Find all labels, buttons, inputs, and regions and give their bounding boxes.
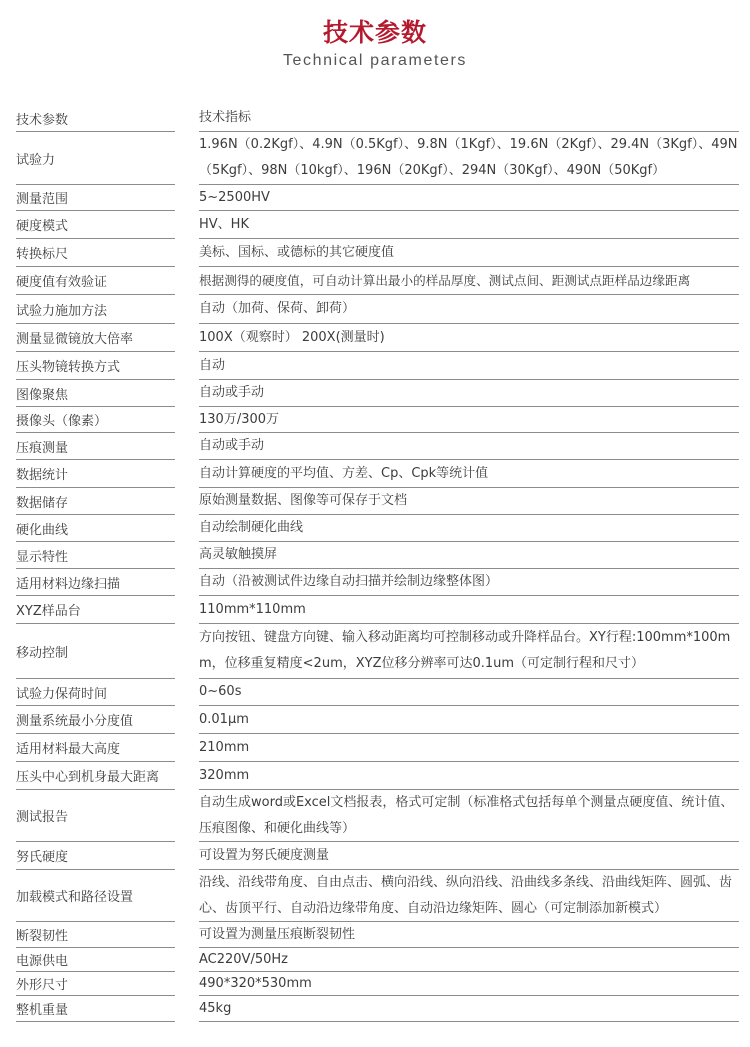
param-value: AC220V/50Hz <box>199 947 739 973</box>
param-label: 压头物镜转换方式 <box>16 356 120 375</box>
param-label: 测量系统最小分度值 <box>16 710 133 729</box>
param-label: 显示特性 <box>16 546 68 565</box>
param-label: 努氏硬度 <box>16 846 68 865</box>
table-row: 硬度模式 HV、HK <box>0 211 750 239</box>
table-row: 适用材料最大高度 210mm <box>0 734 750 762</box>
param-value: 可设置为努氏硬度测量 <box>199 843 739 869</box>
param-value: 130万/300万 <box>199 407 739 433</box>
table-row: 移动控制 方向按钮、键盘方向键、输入移动距离均可控制移动或升降样品台。XY行程:… <box>0 624 750 679</box>
param-label: XYZ样品台 <box>16 600 81 619</box>
param-label: 压头中心到机身最大距离 <box>16 766 159 785</box>
table-row: 数据统计 自动计算硬度的平均值、方差、Cp、Cpk等统计值 <box>0 460 750 488</box>
param-value: 原始测量数据、图像等可保存于文档 <box>199 488 739 514</box>
param-label: 硬度值有效验证 <box>16 271 107 290</box>
param-value: 45kg <box>199 996 739 1022</box>
param-value: 可设置为测量压痕断裂韧性 <box>199 922 739 948</box>
table-row: 数据储存 原始测量数据、图像等可保存于文档 <box>0 488 750 515</box>
param-label: 压痕测量 <box>16 437 68 456</box>
param-label: 测量范围 <box>16 188 68 207</box>
param-value: HV、HK <box>199 212 739 238</box>
table-row: 测试报告 自动生成word或Excel文档报表，格式可定制（标准格式包括每单个测… <box>0 790 750 842</box>
param-label: 数据储存 <box>16 492 68 511</box>
param-value: 100X（观察时） 200X(测量时) <box>199 325 739 351</box>
param-label: 电源供电 <box>16 950 68 969</box>
param-value: 高灵敏触摸屏 <box>199 542 739 568</box>
table-row: 外形尺寸 490*320*530mm <box>0 972 750 996</box>
param-value: 自动或手动 <box>199 380 739 406</box>
param-value: 沿线、沿线带角度、自由点击、横向沿线、纵向沿线、沿曲线多条线、沿曲线矩阵、圆弧、… <box>199 870 739 922</box>
param-value: 自动计算硬度的平均值、方差、Cp、Cpk等统计值 <box>199 461 739 487</box>
table-row: 转换标尺 美标、国标、或德标的其它硬度值 <box>0 239 750 267</box>
param-value: 320mm <box>199 763 739 789</box>
table-row: 测量范围 5~2500HV <box>0 185 750 211</box>
table-row: 试验力施加方法 自动（加荷、保荷、卸荷） <box>0 295 750 324</box>
param-label: 测试报告 <box>16 806 68 825</box>
param-value: 美标、国标、或德标的其它硬度值 <box>199 240 739 266</box>
param-value: 自动绘制硬化曲线 <box>199 515 739 541</box>
param-value: 自动（沿被测试件边缘自动扫描并绘制边缘整体图） <box>199 569 739 595</box>
page-subtitle: Technical parameters <box>0 50 750 72</box>
param-value: 方向按钮、键盘方向键、输入移动距离均可控制移动或升降样品台。XY行程:100mm… <box>199 625 739 677</box>
table-row: 电源供电 AC220V/50Hz <box>0 948 750 972</box>
param-label: 硬度模式 <box>16 215 68 234</box>
table-row: 硬化曲线 自动绘制硬化曲线 <box>0 515 750 542</box>
table-row: 硬度值有效验证 根据测得的硬度值，可自动计算出最小的样品厚度、测试点间、距测试点… <box>0 267 750 295</box>
param-label: 外形尺寸 <box>16 974 68 993</box>
param-value: 490*320*530mm <box>199 971 739 997</box>
column-header-value: 技术指标 <box>199 105 739 131</box>
param-label: 加载模式和路径设置 <box>16 886 133 905</box>
table-row: 摄像头（像素） 130万/300万 <box>0 407 750 433</box>
table-row: 压痕测量 自动或手动 <box>0 433 750 460</box>
param-label: 适用材料边缘扫描 <box>16 573 120 592</box>
param-value: 自动（加荷、保荷、卸荷） <box>199 296 739 322</box>
table-row: 整机重量 45kg <box>0 996 750 1022</box>
table-row: 压头中心到机身最大距离 320mm <box>0 762 750 790</box>
param-label: 试验力施加方法 <box>16 300 107 319</box>
param-label: 断裂韧性 <box>16 925 68 944</box>
table-row: 显示特性 高灵敏触摸屏 <box>0 542 750 569</box>
table-row: XYZ样品台 110mm*110mm <box>0 596 750 624</box>
param-value: 自动生成word或Excel文档报表，格式可定制（标准格式包括每单个测量点硬度值… <box>199 790 739 842</box>
table-row: 努氏硬度 可设置为努氏硬度测量 <box>0 842 750 870</box>
param-label: 硬化曲线 <box>16 519 68 538</box>
table-row: 压头物镜转换方式 自动 <box>0 352 750 380</box>
table-row: 测量系统最小分度值 0.01μm <box>0 706 750 734</box>
param-label: 转换标尺 <box>16 243 68 262</box>
param-label: 移动控制 <box>16 642 68 661</box>
param-value: 1.96N（0.2Kgf）、4.9N（0.5Kgf）、9.8N（1Kgf）、19… <box>199 132 739 184</box>
table-row: 加载模式和路径设置 沿线、沿线带角度、自由点击、横向沿线、纵向沿线、沿曲线多条线… <box>0 870 750 922</box>
param-label: 适用材料最大高度 <box>16 738 120 757</box>
column-header-param: 技术参数 <box>16 109 68 128</box>
param-value: 210mm <box>199 735 739 761</box>
table-row: 图像聚焦 自动或手动 <box>0 380 750 407</box>
param-label: 试验力 <box>16 149 55 168</box>
param-value: 110mm*110mm <box>199 597 739 623</box>
param-value: 自动或手动 <box>199 433 739 459</box>
param-label: 数据统计 <box>16 464 68 483</box>
param-label: 测量显微镜放大倍率 <box>16 328 133 347</box>
param-label: 图像聚焦 <box>16 384 68 403</box>
param-value: 0.01μm <box>199 707 739 733</box>
table-row: 测量显微镜放大倍率 100X（观察时） 200X(测量时) <box>0 324 750 352</box>
table-row: 适用材料边缘扫描 自动（沿被测试件边缘自动扫描并绘制边缘整体图） <box>0 569 750 596</box>
table-row: 试验力 1.96N（0.2Kgf）、4.9N（0.5Kgf）、9.8N（1Kgf… <box>0 132 750 185</box>
param-label: 试验力保荷时间 <box>16 683 107 702</box>
spec-table: 技术参数 技术指标 试验力 1.96N（0.2Kgf）、4.9N（0.5Kgf）… <box>0 105 750 1022</box>
table-header-row: 技术参数 技术指标 <box>0 105 750 132</box>
table-row: 断裂韧性 可设置为测量压痕断裂韧性 <box>0 922 750 948</box>
param-value: 0~60s <box>199 679 739 705</box>
param-value: 自动 <box>199 353 739 379</box>
table-row: 试验力保荷时间 0~60s <box>0 679 750 706</box>
page-title: 技术参数 <box>0 16 750 50</box>
param-value: 5~2500HV <box>199 185 739 211</box>
param-value: 根据测得的硬度值，可自动计算出最小的样品厚度、测试点间、距测试点距样品边缘距离 <box>199 268 739 294</box>
param-label: 摄像头（像素） <box>16 410 107 429</box>
param-label: 整机重量 <box>16 999 68 1018</box>
